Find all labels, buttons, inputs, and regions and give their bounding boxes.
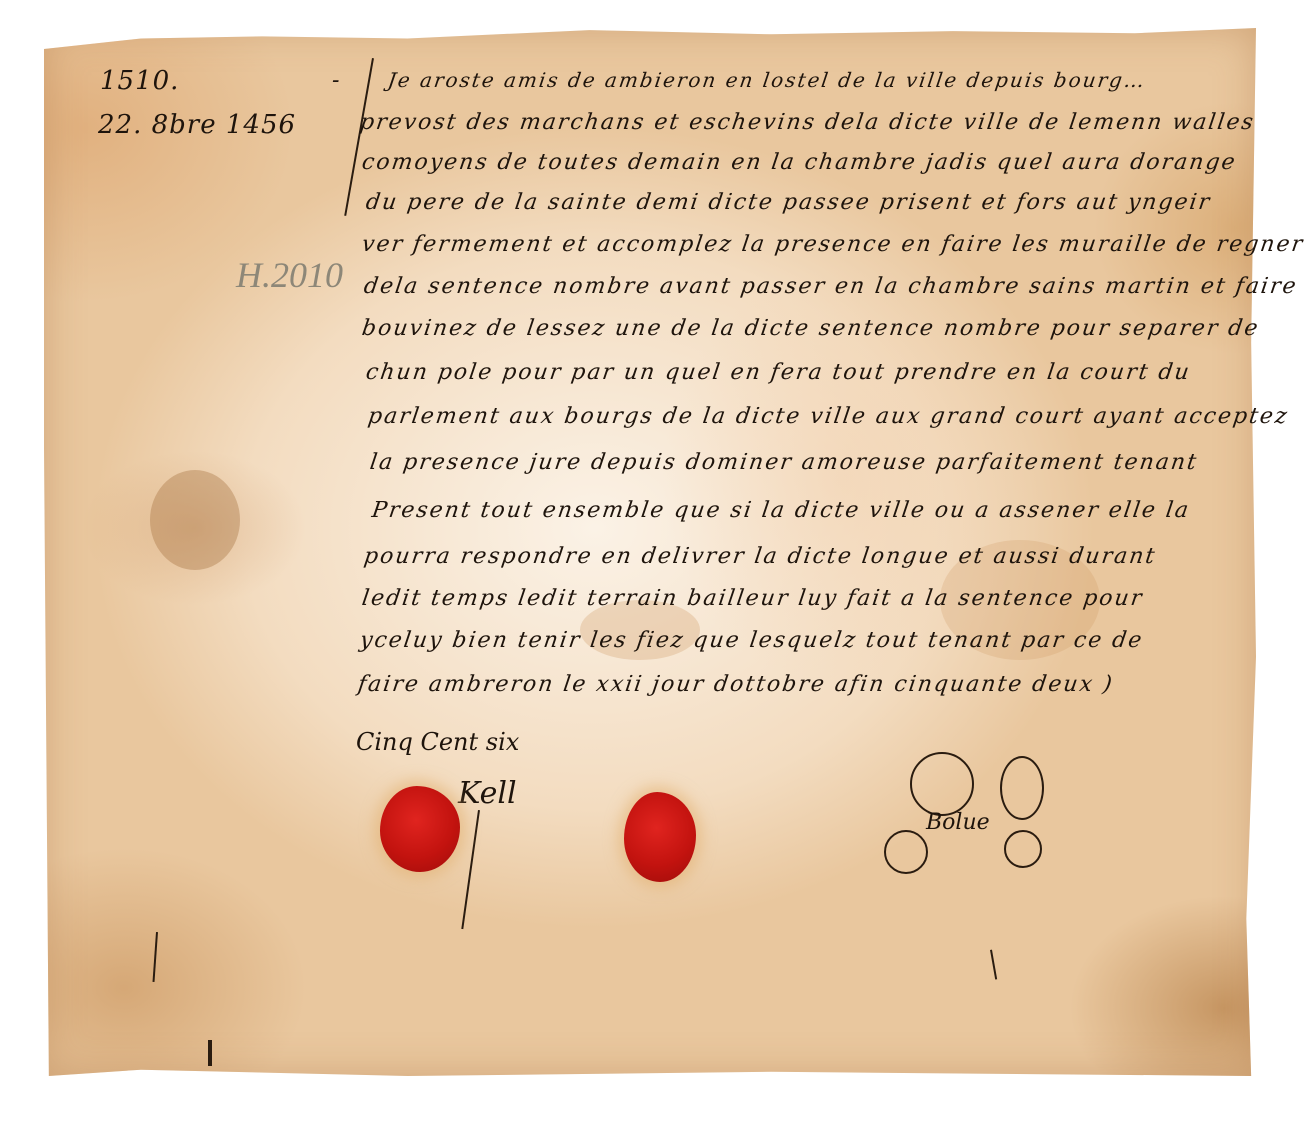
text-line: pourra respondre en delivrer la dicte lo… <box>362 546 1157 568</box>
text-line: yceluy bien tenir les fiez que lesquelz … <box>358 630 1144 652</box>
text-line: dela sentence nombre avant passer en la … <box>362 276 1299 298</box>
text-line: bouvinez de lessez une de la dicte sente… <box>360 318 1260 340</box>
wax-seal-left <box>380 786 460 872</box>
signature-left-text: Cinq Cent six <box>356 728 519 756</box>
text-line: comoyens de toutes demain en la chambre … <box>360 152 1238 174</box>
text-line: parlement aux bourgs de la dicte ville a… <box>366 406 1290 428</box>
signature-left-mark: Kell <box>458 776 517 811</box>
monogram-text: Bolue <box>926 810 990 835</box>
text-line: prevost des marchans et eschevins dela d… <box>358 112 1256 134</box>
stain <box>150 470 240 570</box>
dash-mark: - <box>332 68 339 93</box>
text-line: chun pole pour par un quel en fera tout … <box>364 362 1192 384</box>
signature-monogram: Bolue <box>870 752 1060 882</box>
text-line: Present tout ensemble que si la dicte vi… <box>370 500 1191 522</box>
text-line: du pere de la sainte demi dicte passee p… <box>364 192 1212 214</box>
margin-note-date: 22. 8bre 1456 <box>98 110 296 140</box>
text-line: ledit temps ledit terrain bailleur luy f… <box>360 588 1144 610</box>
text-line: Je aroste amis de ambieron en lostel de … <box>387 70 1148 90</box>
margin-note-year: 1510. <box>100 66 179 96</box>
wax-seal-right <box>624 792 696 882</box>
archive-reference: H.2010 <box>236 254 343 296</box>
ink-mark <box>208 1040 212 1066</box>
text-line: la presence jure depuis dominer amoreuse… <box>368 452 1199 474</box>
text-line: faire ambreron le xxii jour dottobre afi… <box>356 674 1115 696</box>
text-line: ver fermement et accomplez la presence e… <box>360 234 1304 256</box>
